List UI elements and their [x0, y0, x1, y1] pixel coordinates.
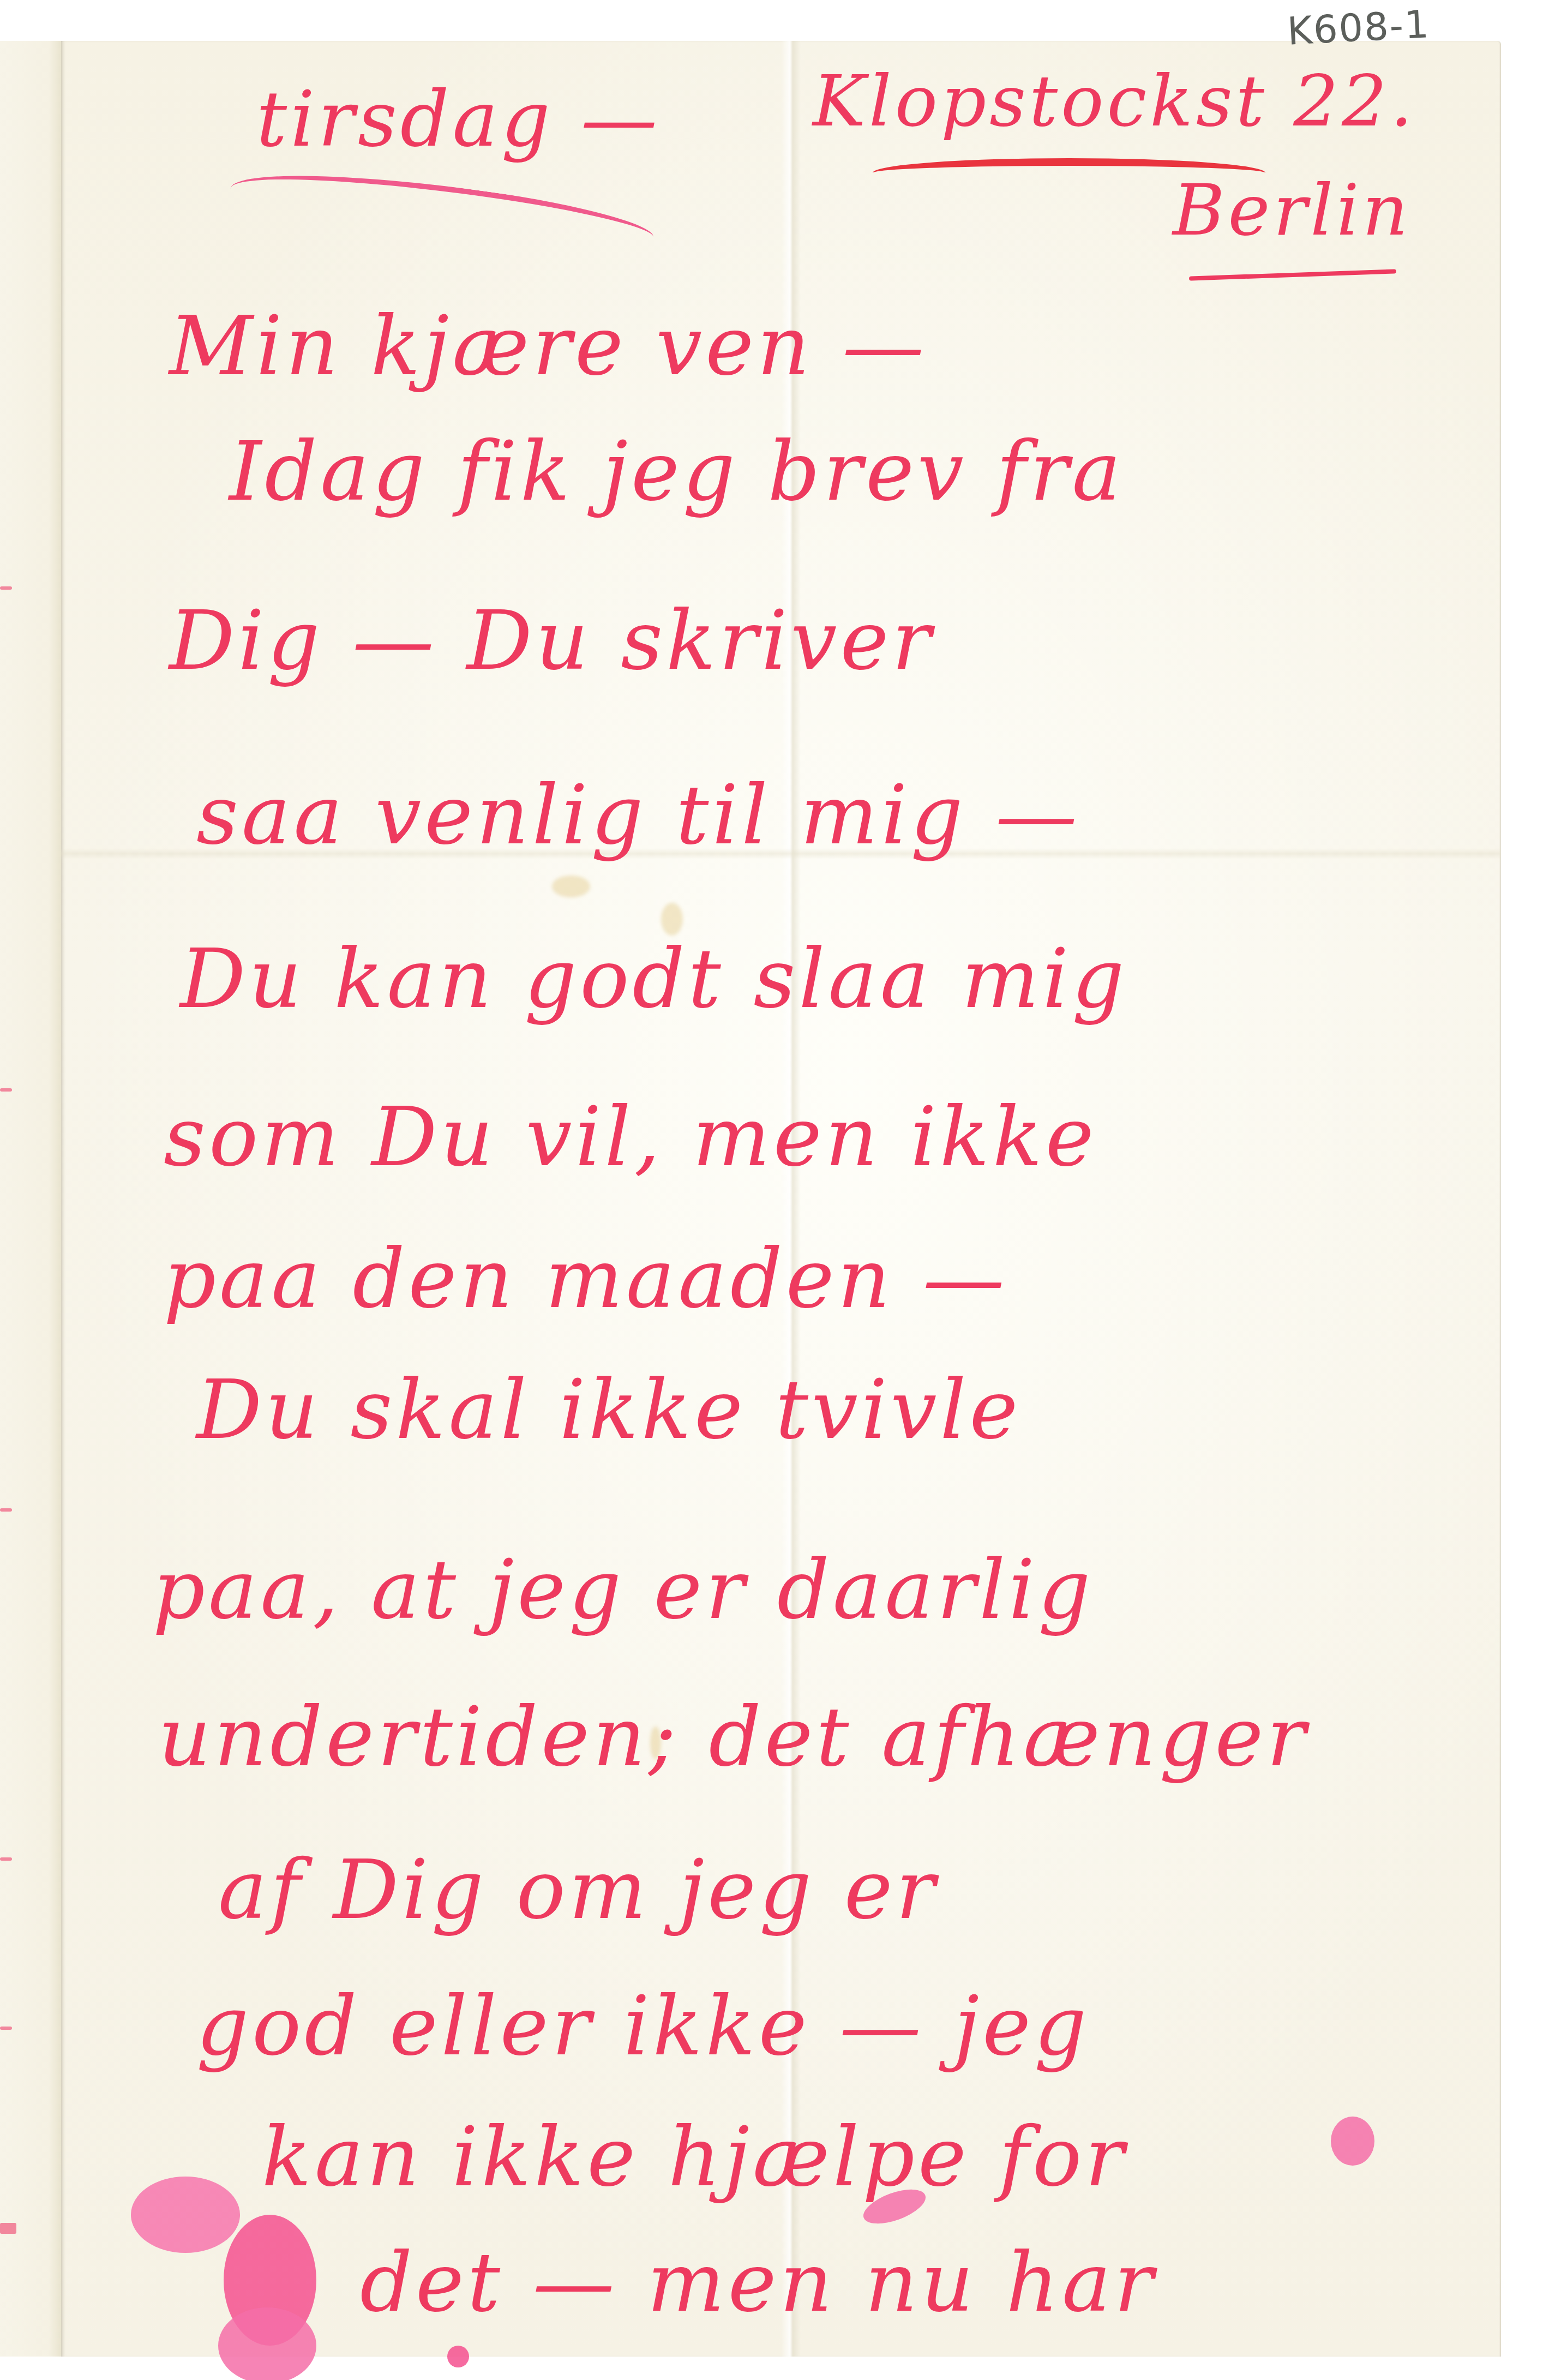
paper-stain [552, 876, 590, 897]
body-line-9: undertiden; det afhænger [158, 1696, 1309, 1778]
body-line-7: Du skal ikke tvivle [196, 1369, 1021, 1451]
letter-date: tirsdag — [256, 82, 661, 158]
ink-mark [0, 2223, 16, 2234]
body-line-8: paa, at jeg er daarlig [153, 1549, 1094, 1631]
body-line-2: Dig — Du skriver [169, 600, 934, 682]
paper-stain [661, 903, 683, 936]
scan-background: K608-1 tirsdag — Klopstockst 22. Berlin … [0, 0, 1549, 2380]
body-line-6: paa den maaden — [164, 1238, 1008, 1320]
ink-mark [0, 1857, 12, 1861]
body-line-13: det — men nu har [360, 2242, 1156, 2324]
body-line-11: god eller ikke — jeg [196, 1986, 1090, 2067]
adjacent-page-ink-marks [0, 41, 61, 2357]
body-line-3: saa venlig til mig — [196, 775, 1080, 856]
salutation: Min kjære ven — [169, 305, 927, 387]
letter-address: Klopstockst 22. [813, 65, 1416, 136]
body-line-5: som Du vil, men ikke [164, 1096, 1097, 1178]
ink-mark [0, 1508, 12, 1512]
letter-city: Berlin [1173, 175, 1412, 245]
body-line-1: Idag fik jeg brev fra [229, 431, 1124, 513]
body-line-12: kan ikke hjælpe for [262, 2117, 1127, 2198]
body-line-4: Du kan godt slaa mig [180, 938, 1127, 1020]
ink-mark [0, 2027, 12, 2030]
adjacent-page-edge [0, 41, 61, 2357]
archive-reference-mark: K608-1 [1286, 2, 1431, 54]
ink-mark [0, 586, 12, 590]
ink-mark [0, 1088, 12, 1092]
body-line-10: af Dig om jeg er [218, 1849, 938, 1931]
